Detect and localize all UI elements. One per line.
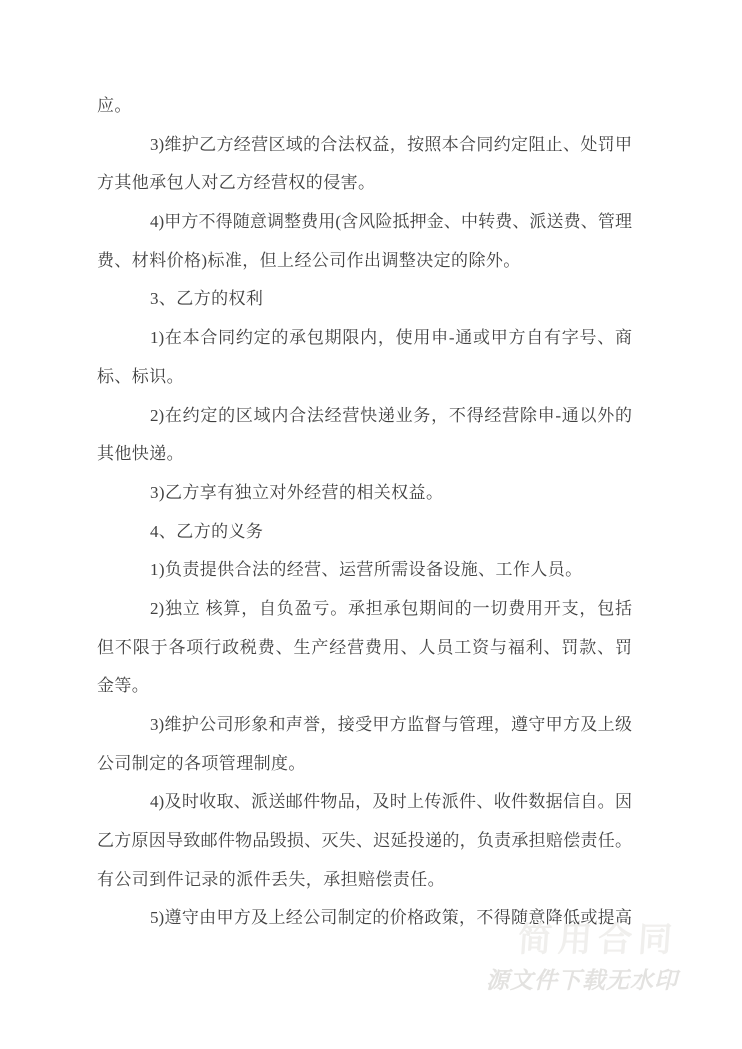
contract-line: 公司制定的各项管理制度。 bbox=[97, 745, 632, 784]
contract-line: 金等。 bbox=[97, 667, 632, 706]
document-body: 应。3)维护乙方经营区域的合法权益，按照本合同约定阻止、处罚甲方其他承包人对乙方… bbox=[97, 87, 632, 938]
document-page: 应。3)维护乙方经营区域的合法权益，按照本合同约定阻止、处罚甲方其他承包人对乙方… bbox=[0, 0, 742, 1049]
contract-line: 2)独立 核算，自负盈亏。承担承包期间的一切费用开支，包括 bbox=[97, 590, 632, 629]
contract-line: 应。 bbox=[97, 87, 632, 126]
contract-line: 5)遵守由甲方及上经公司制定的价格政策，不得随意降低或提高 bbox=[97, 899, 632, 938]
contract-line: 乙方原因导致邮件物品毁损、灭失、迟延投递的，负责承担赔偿责任。 bbox=[97, 822, 632, 861]
contract-line: 1)在本合同约定的承包期限内，使用申-通或甲方自有字号、商 bbox=[97, 319, 632, 358]
contract-line: 3、乙方的权利 bbox=[97, 280, 632, 319]
contract-line: 4)甲方不得随意调整费用(含风险抵押金、中转费、派送费、管理 bbox=[97, 203, 632, 242]
watermark-tagline: 源文件下载无水印 bbox=[486, 967, 678, 995]
contract-line: 3)维护乙方经营区域的合法权益，按照本合同约定阻止、处罚甲 bbox=[97, 126, 632, 165]
contract-line: 3)乙方享有独立对外经营的相关权益。 bbox=[97, 474, 632, 513]
contract-line: 但不限于各项行政税费、生产经营费用、人员工资与福利、罚款、罚 bbox=[97, 629, 632, 668]
contract-line: 1)负责提供合法的经营、运营所需设备设施、工作人员。 bbox=[97, 551, 632, 590]
contract-line: 费、材料价格)标准，但上经公司作出调整决定的除外。 bbox=[97, 242, 632, 281]
contract-line: 其他快递。 bbox=[97, 435, 632, 474]
contract-line: 方其他承包人对乙方经营权的侵害。 bbox=[97, 164, 632, 203]
contract-line: 4、乙方的义务 bbox=[97, 513, 632, 552]
contract-line: 3)维护公司形象和声誉，接受甲方监督与管理，遵守甲方及上级 bbox=[97, 706, 632, 745]
contract-line: 4)及时收取、派送邮件物品，及时上传派件、收件数据信自。因 bbox=[97, 783, 632, 822]
contract-line: 标、标识。 bbox=[97, 358, 632, 397]
contract-line: 2)在约定的区域内合法经营快递业务，不得经营除申-通以外的 bbox=[97, 397, 632, 436]
contract-line: 有公司到件记录的派件丢失，承担赔偿责任。 bbox=[97, 861, 632, 900]
